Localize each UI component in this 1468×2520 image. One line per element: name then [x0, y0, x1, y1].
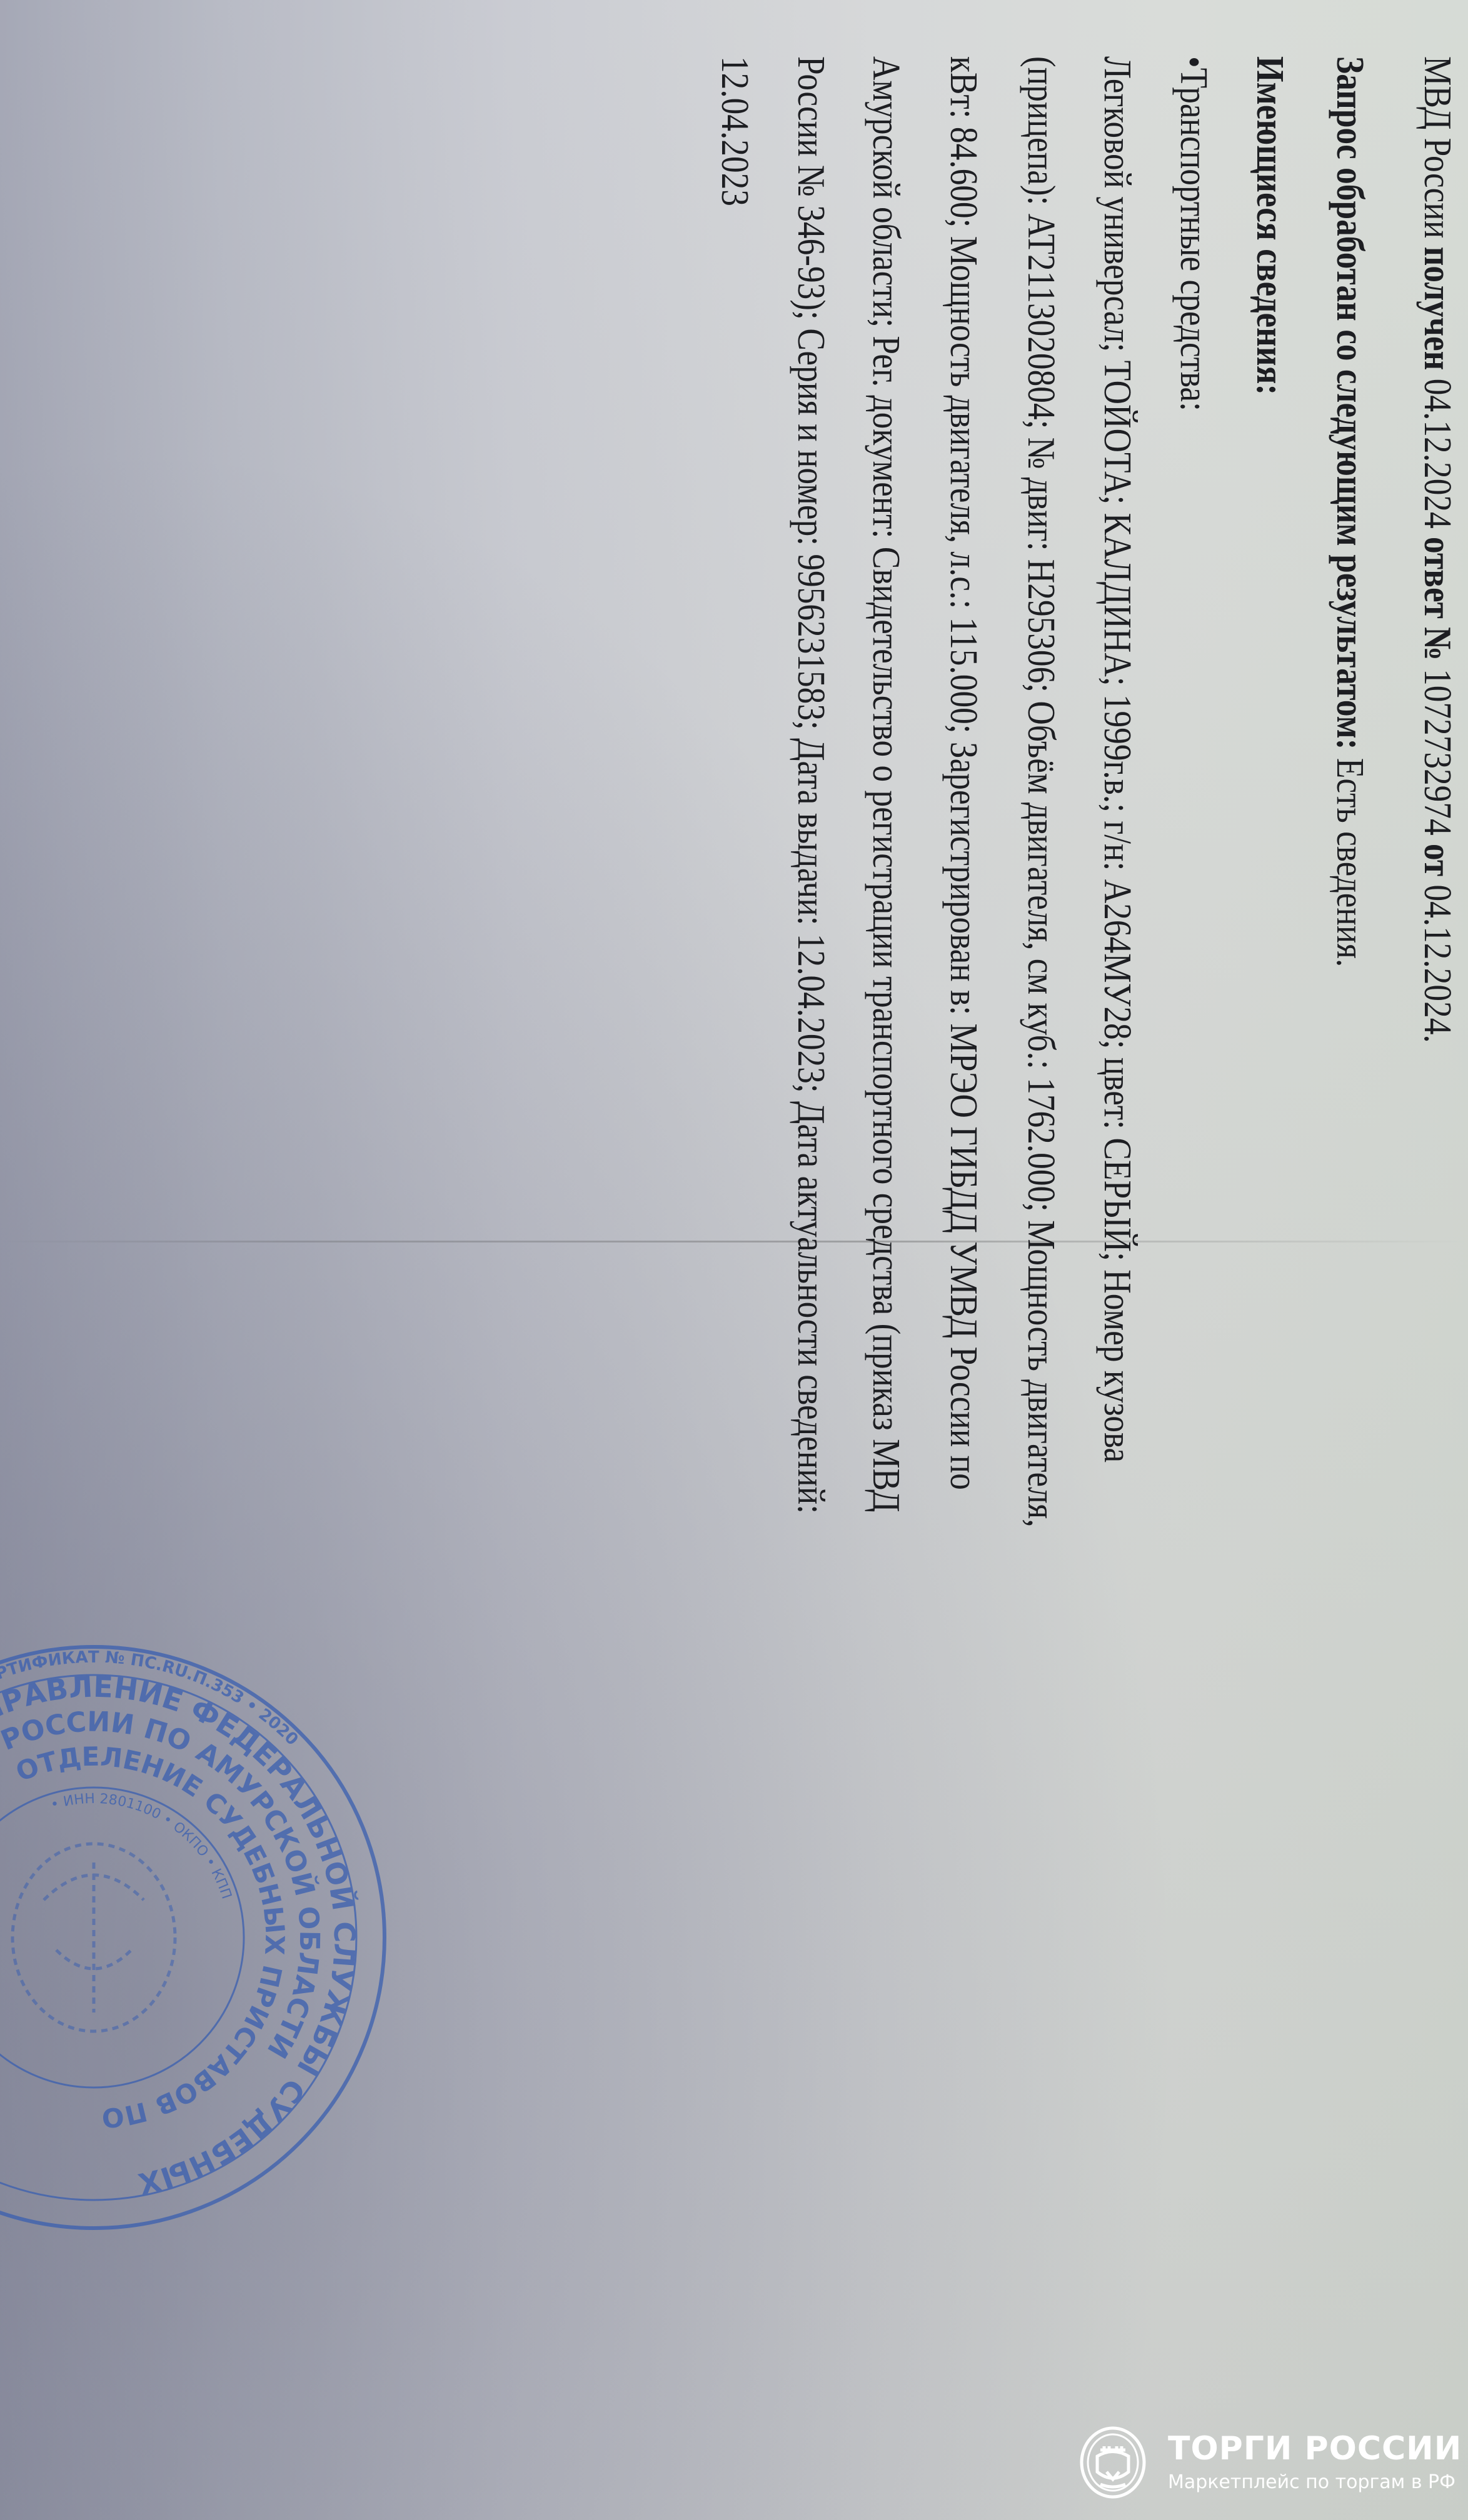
request-result-line: Запрос обработан со следующим результато…	[1327, 56, 1372, 967]
body-line: (прицепа): AT2113020804; № двиг: H295306…	[1018, 56, 1063, 1527]
watermark-text: ТОРГИ РОССИИ Маркетплейс по торгам в РФ	[1168, 2432, 1462, 2493]
section-heading: Имеющиеся сведения:	[1247, 56, 1292, 395]
bullet-heading: •Транспортные средства:	[1171, 56, 1215, 411]
eagle-emblem-icon	[13, 1844, 175, 2031]
watermark-subtitle: Маркетплейс по торгам в РФ	[1168, 2471, 1462, 2493]
eagle-emblem-icon	[1075, 2425, 1150, 2500]
request-received-line: МВД России получен 04.12.2024 ответ № 10…	[1415, 56, 1459, 1043]
watermark-title: ТОРГИ РОССИИ	[1168, 2432, 1462, 2465]
watermark-torgi-rossii: ТОРГИ РОССИИ Маркетплейс по торгам в РФ	[1075, 2425, 1462, 2500]
body-line: Амурской области; Рег. документ: Свидете…	[863, 56, 908, 1512]
body-line: кВт: 84.600; Мощность двигателя, л.с.: 1…	[941, 56, 985, 1490]
body-line: Легковой универсал; ТОЙОТА; КАЛДИНА; 199…	[1095, 56, 1139, 1462]
body-line: 12.04.2023	[712, 56, 757, 206]
body-line: России № 346-93); Серия и номер: 9956231…	[788, 56, 833, 1514]
